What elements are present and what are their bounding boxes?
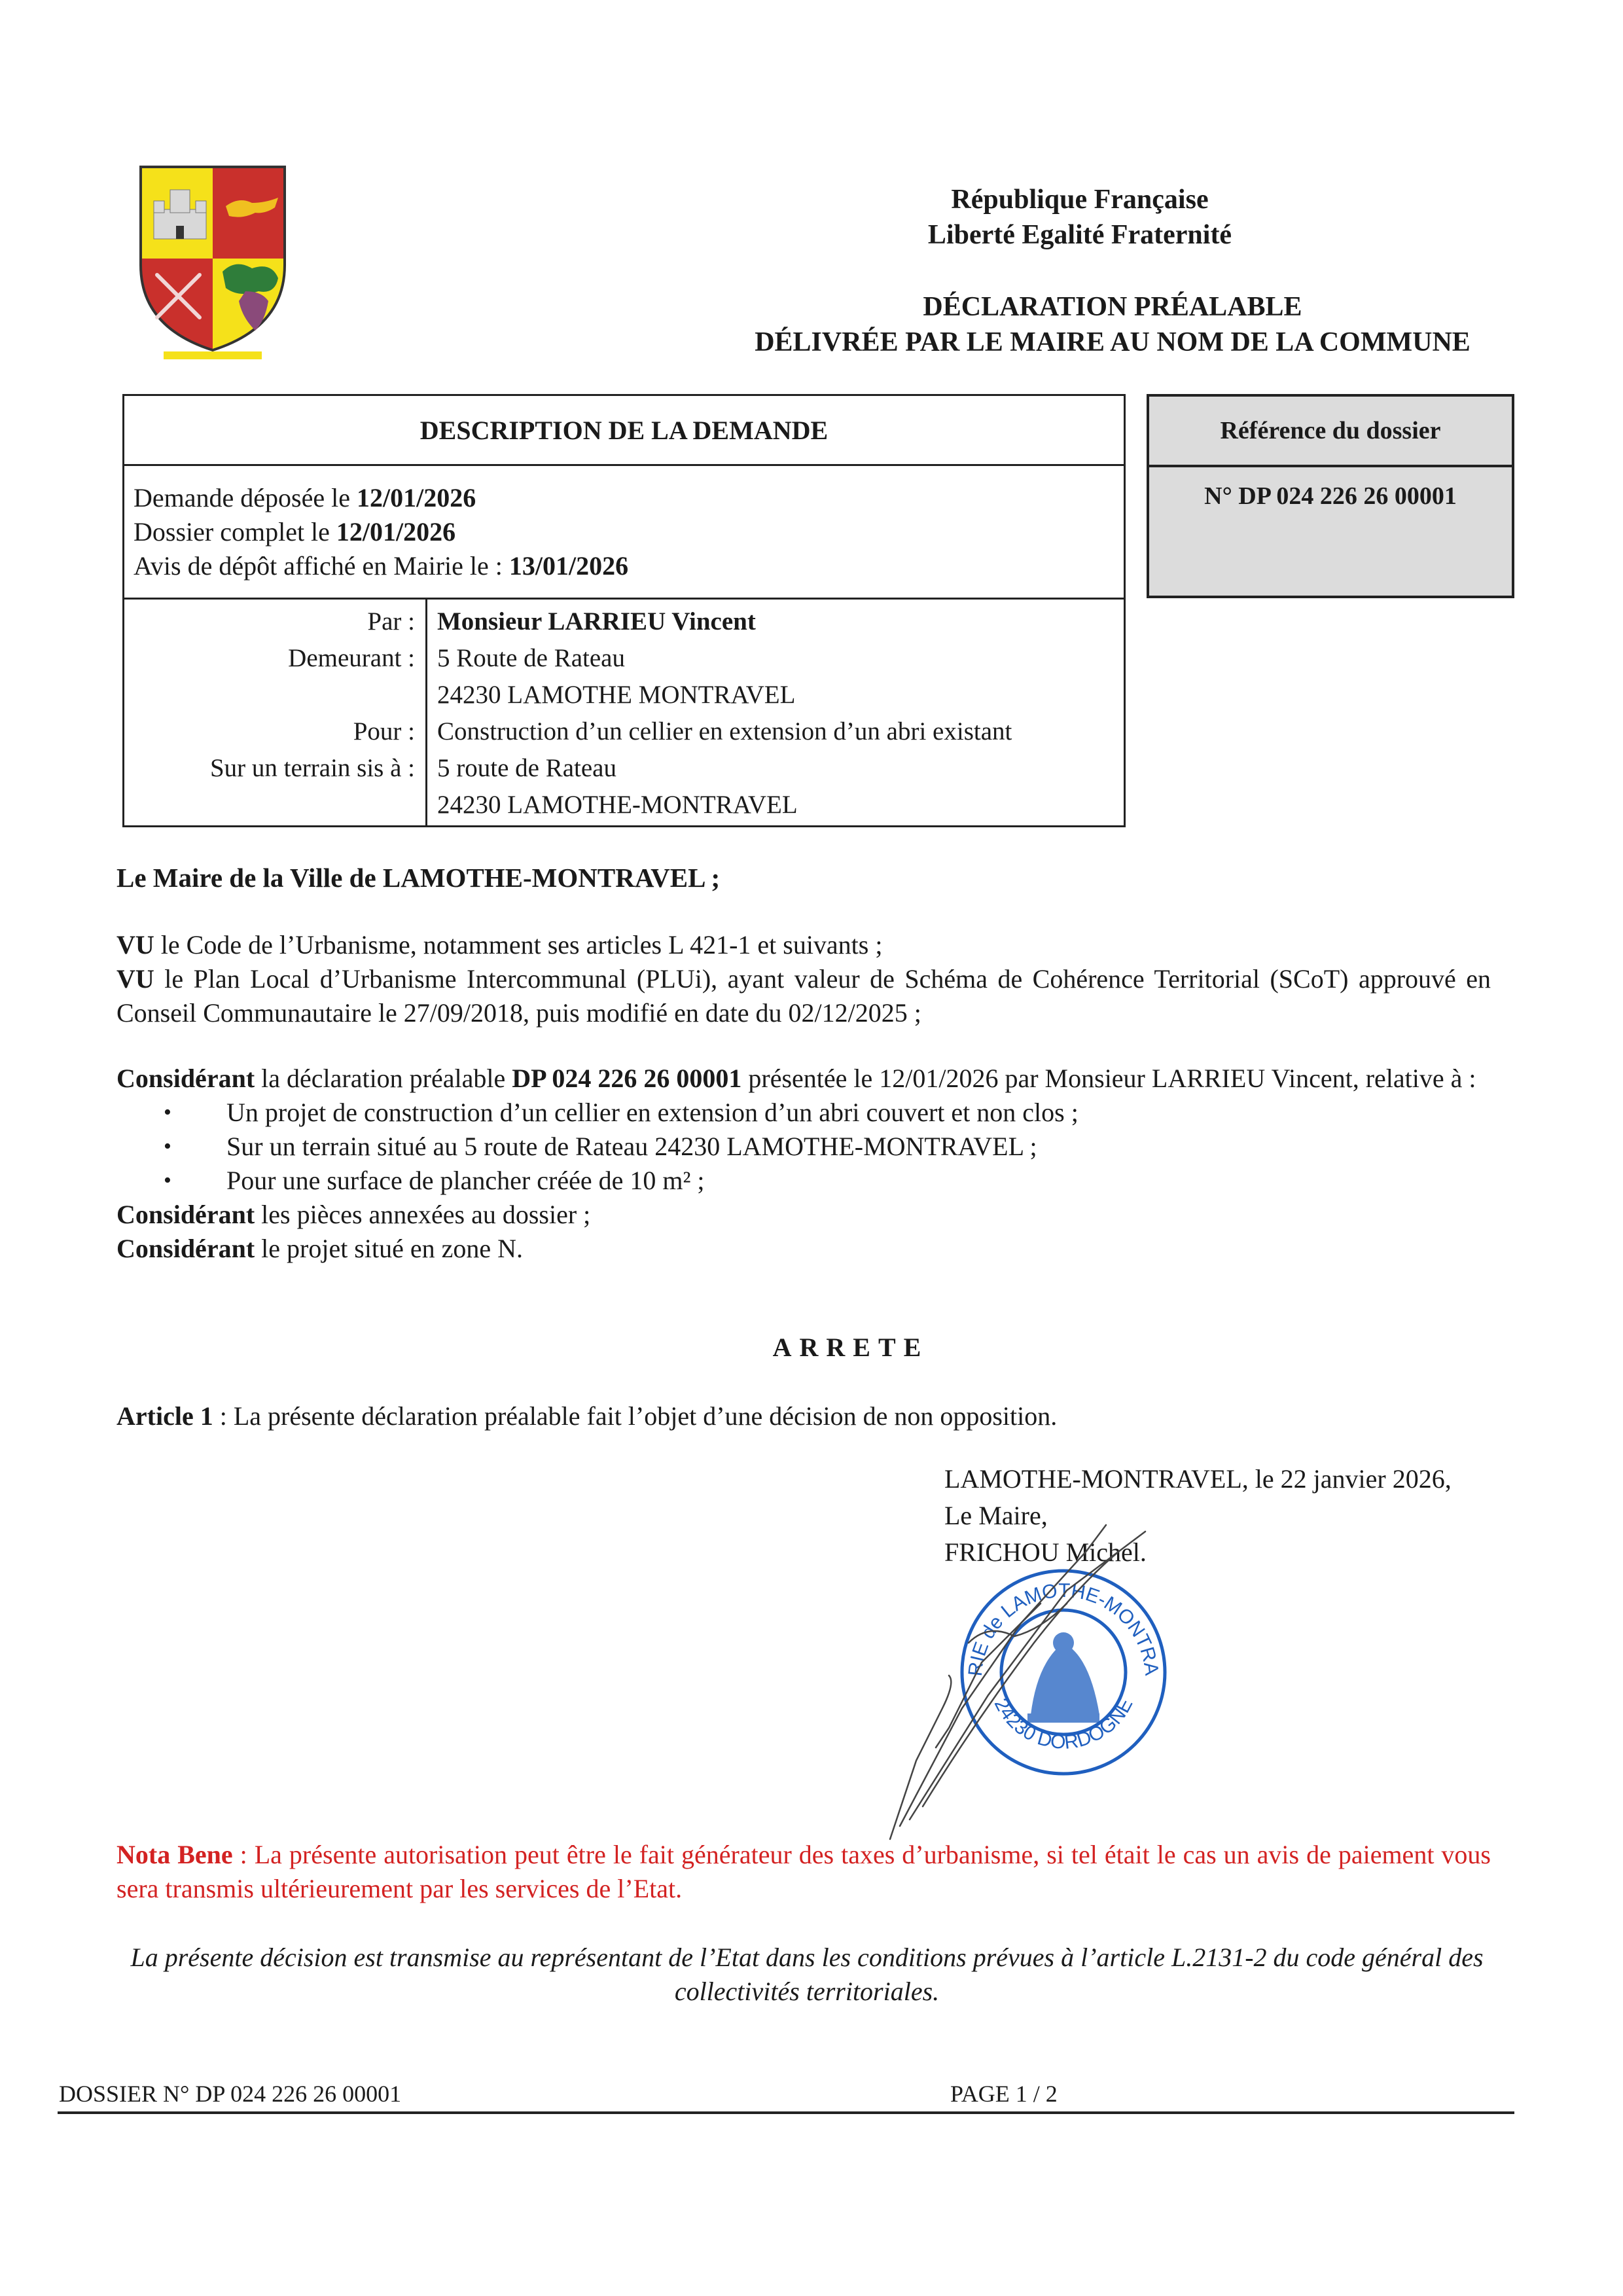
republic-motto: Liberté Egalité Fraternité	[785, 217, 1374, 253]
reference-number: N° DP 024 226 26 00001	[1149, 482, 1512, 511]
date-complete: Dossier complet le 12/01/2026	[134, 515, 628, 549]
considerant-annexes: Considérant les pièces annexées au dossi…	[116, 1198, 1491, 1232]
column-divider	[425, 600, 427, 827]
list-item: Un projet de construction d’un cellier e…	[226, 1096, 1491, 1130]
footer-divider	[58, 2111, 1514, 2114]
considerations: Considérant la déclaration préalable DP …	[116, 1062, 1491, 1266]
date-deposited: Demande déposée le 12/01/2026	[134, 481, 628, 515]
transmission-note: La présente décision est transmise au re…	[116, 1941, 1497, 2009]
description-title: DESCRIPTION DE LA DEMANDE	[124, 396, 1124, 466]
vu-item: VU le Plan Local d’Urbanisme Intercommun…	[116, 962, 1491, 1030]
applicant-name: Monsieur LARRIEU Vincent	[437, 603, 756, 640]
file-reference-box: Référence du dossier N° DP 024 226 26 00…	[1147, 394, 1514, 598]
list-item: Sur un terrain situé au 5 route de Ratea…	[226, 1130, 1491, 1164]
page-number: PAGE 1 / 2	[950, 2080, 1058, 2108]
mayor-preamble: Le Maire de la Ville de LAMOTHE-MONTRAVE…	[116, 861, 1491, 895]
footer-dossier-number: DOSSIER N° DP 024 226 26 00001	[59, 2080, 401, 2108]
list-item: Pour une surface de plancher créée de 10…	[226, 1164, 1491, 1198]
vu-item: VU le Code de l’Urbanisme, notamment ses…	[116, 928, 1491, 962]
document-title: DÉCLARATION PRÉALABLE DÉLIVRÉE PAR LE MA…	[687, 289, 1538, 360]
nota-bene: Nota Bene : La présente autorisation peu…	[116, 1838, 1491, 1906]
coat-of-arms-icon	[134, 160, 291, 363]
handwritten-signature-icon	[870, 1512, 1237, 1852]
document-type: DÉCLARATION PRÉALABLE	[687, 289, 1538, 325]
decree-heading: ARRETE	[654, 1332, 1047, 1363]
article-1: Article 1 : La présente déclaration préa…	[116, 1399, 1491, 1433]
request-dates: Demande déposée le 12/01/2026 Dossier co…	[134, 481, 628, 583]
date-posted: Avis de dépôt affiché en Mairie le : 13/…	[134, 549, 628, 583]
legal-basis: VU le Code de l’Urbanisme, notamment ses…	[116, 928, 1491, 1030]
republic-header: République Française Liberté Egalité Fra…	[785, 182, 1374, 253]
reference-title: Référence du dossier	[1149, 397, 1512, 467]
place-date: LAMOTHE-MONTRAVEL, le 22 janvier 2026,	[944, 1461, 1452, 1498]
document-issuer: DÉLIVRÉE PAR LE MAIRE AU NOM DE LA COMMU…	[687, 325, 1538, 360]
project-details-list: Un projet de construction d’un cellier e…	[116, 1096, 1491, 1198]
applicant-details: Par : Monsieur LARRIEU Vincent Demeurant…	[124, 600, 1124, 827]
considerant-declaration: Considérant la déclaration préalable DP …	[116, 1062, 1491, 1096]
request-description-box: DESCRIPTION DE LA DEMANDE Demande déposé…	[122, 394, 1126, 827]
republic-name: République Française	[785, 182, 1374, 217]
considerant-zone: Considérant le projet situé en zone N.	[116, 1232, 1491, 1266]
